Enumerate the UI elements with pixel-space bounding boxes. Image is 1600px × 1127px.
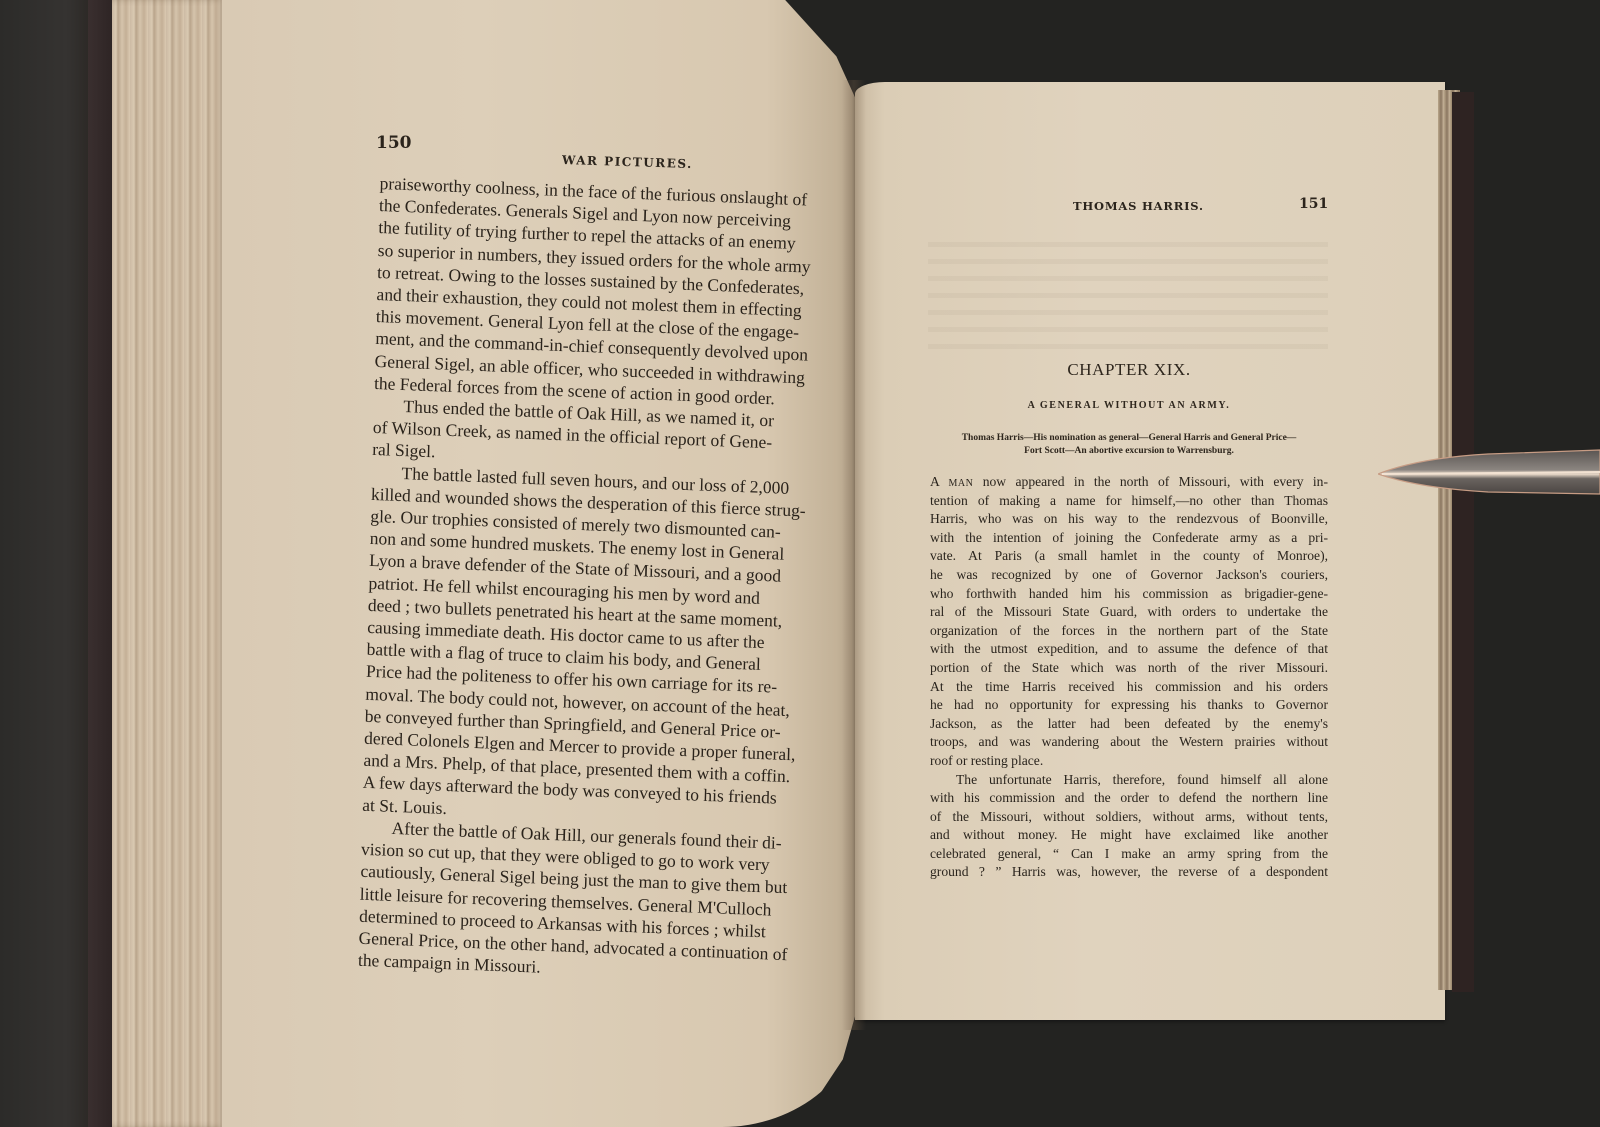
text-line: with the utmost expedition, and to assum… xyxy=(930,640,1328,659)
text-line: ral of the Missouri State Guard, with or… xyxy=(930,603,1328,622)
text-line: portion of the State which was north of … xyxy=(930,659,1328,678)
letter-opener-blade-icon xyxy=(1378,448,1600,496)
left-page-body: praiseworthy coolness, in the face of th… xyxy=(358,172,825,988)
text-line: roof or resting place. xyxy=(930,752,1328,771)
opening-smallcaps: man xyxy=(948,474,973,489)
text-line: and without money. He might have exclaim… xyxy=(930,826,1328,845)
text-line: tention of making a name for himself,—no… xyxy=(930,492,1328,511)
text-line: A man now appeared in the north of Misso… xyxy=(930,473,1328,492)
dark-backdrop xyxy=(0,0,95,1127)
chapter-subtitle: A GENERAL WITHOUT AN ARMY. xyxy=(930,400,1328,411)
text-line: Jackson, as the latter had been defeated… xyxy=(930,715,1328,734)
text-line: troops, and was wandering about the West… xyxy=(930,733,1328,752)
left-paragraph-4: After the battle of Oak Hill, our genera… xyxy=(358,816,807,988)
text-line: he was recognized by one of Governor Jac… xyxy=(930,566,1328,585)
text-line: celebrated general, “ Can I make an army… xyxy=(930,845,1328,864)
text-line-rest: now appeared in the north of Missouri, w… xyxy=(973,474,1328,489)
text-line: Harris, who was on his way to the rendez… xyxy=(930,510,1328,529)
left-page-number: 150 xyxy=(376,133,412,153)
right-page-number: 151 xyxy=(1299,196,1328,212)
book-cover-right xyxy=(1452,92,1474,992)
right-running-head: THOMAS HARRIS. xyxy=(1073,199,1204,213)
opening-word: A xyxy=(930,474,939,489)
show-through-text xyxy=(928,230,1328,360)
chapter-summary: Thomas Harris—His nomination as general—… xyxy=(920,432,1338,458)
left-paragraph-1: praiseworthy coolness, in the face of th… xyxy=(374,172,825,411)
text-line: At the time Harris received his commissi… xyxy=(930,678,1328,697)
text-line: with his commission and the order to def… xyxy=(930,789,1328,808)
text-line: of the Missouri, without soldiers, witho… xyxy=(930,808,1328,827)
right-page-body: A man now appeared in the north of Misso… xyxy=(930,473,1328,882)
left-paragraph-3: The battle lasted full seven hours, and … xyxy=(362,461,817,833)
text-line: with the intention of joining the Confed… xyxy=(930,529,1328,548)
chapter-title: CHAPTER XIX. xyxy=(930,360,1328,380)
summary-line: Fort Scott—An abortive excursion to Warr… xyxy=(920,445,1338,458)
page-block-edge-left xyxy=(112,0,224,1127)
text-line: he had no opportunity for expressing his… xyxy=(930,696,1328,715)
summary-line: Thomas Harris—His nomination as general—… xyxy=(920,432,1338,445)
gutter-shadow xyxy=(842,80,866,1030)
book-cover-left xyxy=(88,0,114,1127)
text-line: organization of the forces in the northe… xyxy=(930,622,1328,641)
text-line: ground ? ” Harris was, however, the reve… xyxy=(930,863,1328,882)
text-line: vate. At Paris (a small hamlet in the co… xyxy=(930,547,1328,566)
text-line: The unfortunate Harris, therefore, found… xyxy=(930,771,1328,790)
text-line: who forthwith handed him his commission … xyxy=(930,585,1328,604)
